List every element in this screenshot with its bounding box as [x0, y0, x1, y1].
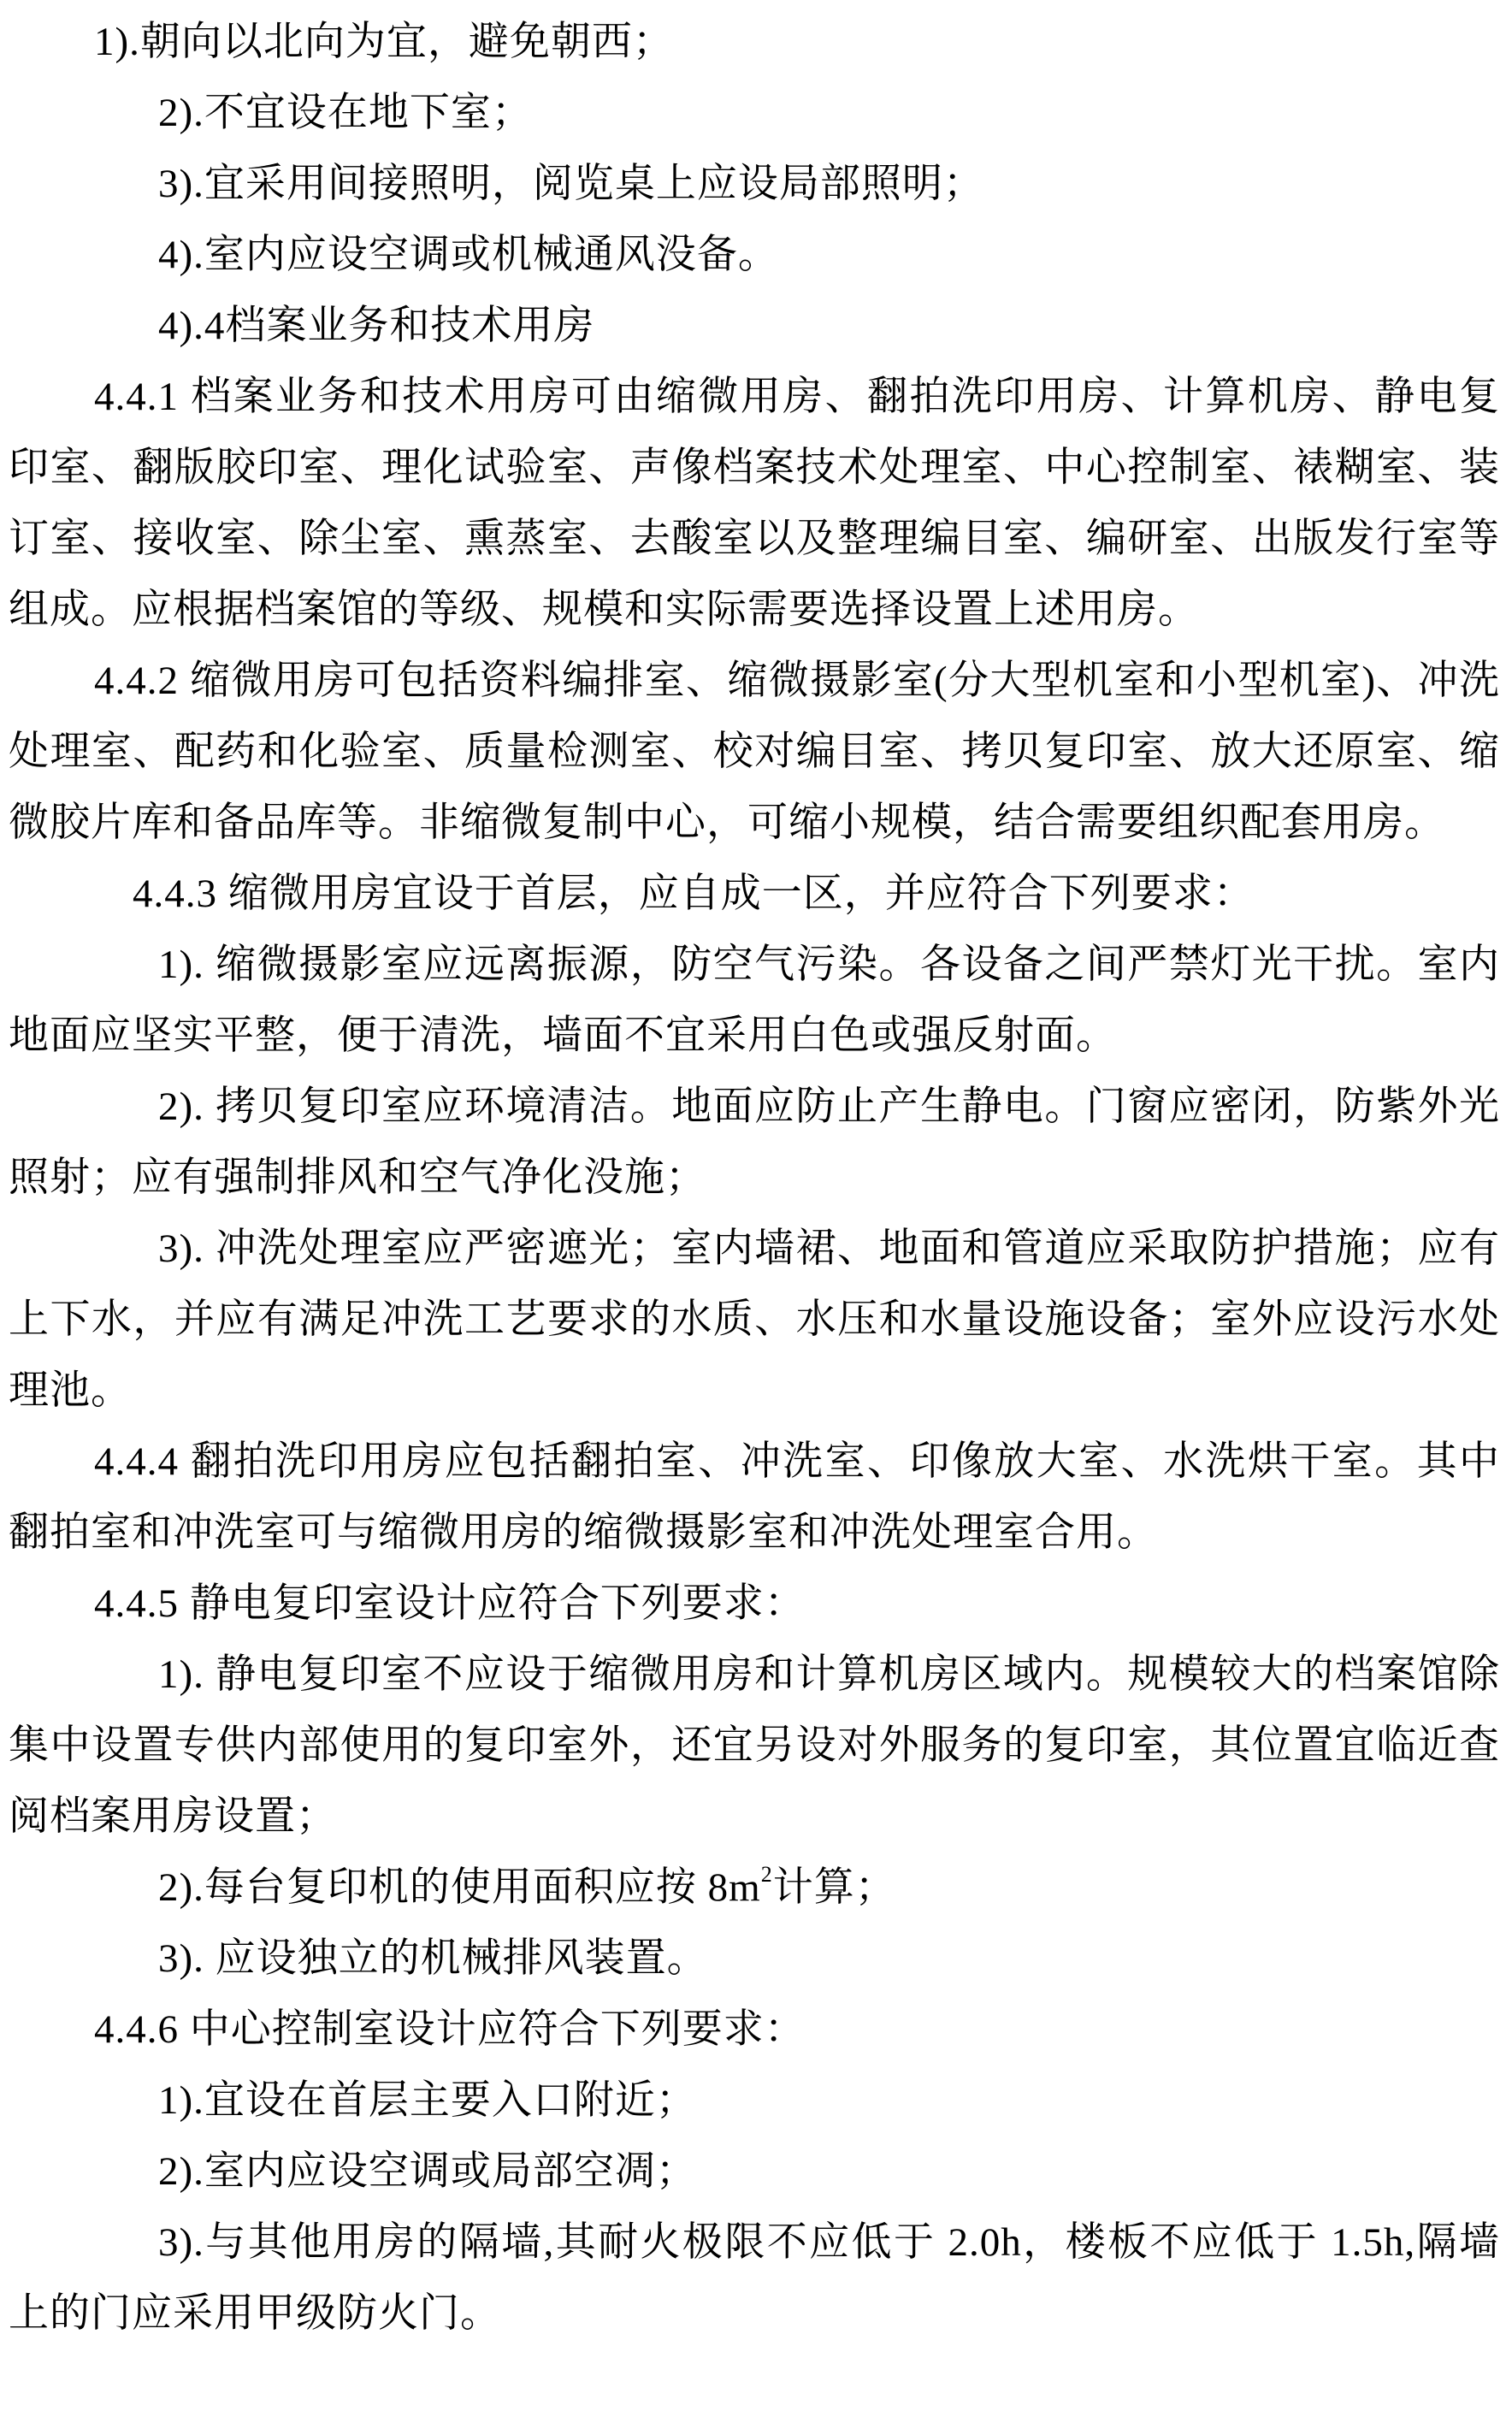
- text-run: 4.4.5 静电复印室设计应符合下列要求：: [94, 1581, 806, 1626]
- clause-4-4-3-item-1: 1). 缩微摄影室应远离振源，防空气污染。各设备之间严禁灯光干扰。室内地面应坚实…: [9, 930, 1500, 1072]
- list-item-4: 4).室内应设空调或机械通风没备。: [9, 220, 1500, 291]
- list-item-2: 2).不宜设在地下室；: [9, 78, 1500, 149]
- superscript-exponent: 2: [761, 1862, 773, 1887]
- text-run: 3).宜采用间接照明，阅览桌上应设局部照明；: [158, 162, 984, 206]
- clause-4-4-5-item-1: 1). 静电复印室不应设于缩微用房和计算机房区域内。规模较大的档案馆除集中设置专…: [9, 1640, 1500, 1853]
- text-run: 4).4档案业务和技术用房: [158, 304, 594, 348]
- clause-4-4-6-item-3: 3).与其他用房的隔墙,其耐火极限不应低于 2.0h，楼板不应低于 1.5h,隔…: [9, 2207, 1500, 2349]
- text-run: 3). 应设独立的机械排风装置。: [158, 1936, 708, 1981]
- clause-4-4-5-item-3: 3). 应设独立的机械排风装置。: [9, 1924, 1500, 1994]
- text-run: 1). 静电复印室不应设于缩微用房和计算机房区域内。规模较大的档案馆除集中设置专…: [9, 1652, 1500, 1839]
- text-run: 1). 缩微摄影室应远离振源，防空气污染。各设备之间严禁灯光干扰。室内地面应坚实…: [9, 943, 1500, 1058]
- text-run: 1).朝向以北向为宜，避免朝西；: [94, 20, 674, 64]
- clause-4-4-3-item-2: 2). 拷贝复印室应环境清洁。地面应防止产生静电。门窗应密闭，防紫外光照射；应有…: [9, 1072, 1500, 1214]
- clause-4-4-6-item-2: 2).室内应设空调或局部空凋；: [9, 2136, 1500, 2207]
- text-run: 3).与其他用房的隔墙,其耐火极限不应低于 2.0h，楼板不应低于 1.5h,隔…: [9, 2220, 1500, 2336]
- text-run: 2).每台复印机的使用面积应按 8m: [158, 1865, 761, 1910]
- clause-4-4-5: 4.4.5 静电复印室设计应符合下列要求：: [9, 1569, 1500, 1640]
- clause-4-4-6: 4.4.6 中心控制室设计应符合下列要求：: [9, 1994, 1500, 2065]
- clause-4-4-3: 4.4.3 缩微用房宜设于首层，应自成一区，并应符合下列要求：: [9, 859, 1500, 930]
- text-run: 2).室内应设空调或局部空凋；: [158, 2149, 697, 2194]
- text-run: 4.4.6 中心控制室设计应符合下列要求：: [94, 2007, 806, 2052]
- text-run: 计算；: [773, 1865, 896, 1910]
- clause-4-4-1: 4.4.1 档案业务和技术用房可由缩微用房、翻拍洗印用房、计算机房、静电复印室、…: [9, 362, 1500, 646]
- list-item-1: 1).朝向以北向为宜，避免朝西；: [9, 7, 1500, 78]
- clause-4-4-6-item-1: 1).宜设在首层主要入口附近；: [9, 2065, 1500, 2136]
- text-run: 3). 冲洗处理室应严密遮光；室内墙裙、地面和管道应采取防护措施；应有上下水，并…: [9, 1226, 1500, 1413]
- text-run: 2). 拷贝复印室应环境清洁。地面应防止产生静电。门窗应密闭，防紫外光照射；应有…: [9, 1084, 1500, 1200]
- clause-4-4-4: 4.4.4 翻拍洗印用房应包括翻拍室、冲洗室、印像放大室、水洗烘干室。其中翻拍室…: [9, 1427, 1500, 1569]
- list-item-3: 3).宜采用间接照明，阅览桌上应设局部照明；: [9, 149, 1500, 220]
- text-run: 4.4.3 缩微用房宜设于首层，应自成一区，并应符合下列要求：: [133, 872, 1255, 916]
- text-run: 4.4.4 翻拍洗印用房应包括翻拍室、冲洗室、印像放大室、水洗烘干室。其中翻拍室…: [9, 1439, 1500, 1555]
- text-run: 4.4.1 档案业务和技术用房可由缩微用房、翻拍洗印用房、计算机房、静电复印室、…: [9, 375, 1500, 632]
- text-run: 2).不宜设在地下室；: [158, 91, 533, 135]
- document-page: 1).朝向以北向为宜，避免朝西；2).不宜设在地下室；3).宜采用间接照明，阅览…: [0, 0, 1512, 2417]
- section-heading-4-4: 4).4档案业务和技术用房: [9, 291, 1500, 362]
- text-run: 4.4.2 缩微用房可包括资料编排室、缩微摄影室(分大型机室和小型机室)、冲洗处…: [9, 659, 1500, 845]
- text-run: 1).宜设在首层主要入口附近；: [158, 2078, 697, 2123]
- text-run: 4).室内应设空调或机械通风没备。: [158, 233, 779, 277]
- clause-4-4-3-item-3: 3). 冲洗处理室应严密遮光；室内墙裙、地面和管道应采取防护措施；应有上下水，并…: [9, 1214, 1500, 1427]
- clause-4-4-2: 4.4.2 缩微用房可包括资料编排室、缩微摄影室(分大型机室和小型机室)、冲洗处…: [9, 646, 1500, 859]
- clause-4-4-5-item-2: 2).每台复印机的使用面积应按 8m2计算；: [9, 1853, 1500, 1924]
